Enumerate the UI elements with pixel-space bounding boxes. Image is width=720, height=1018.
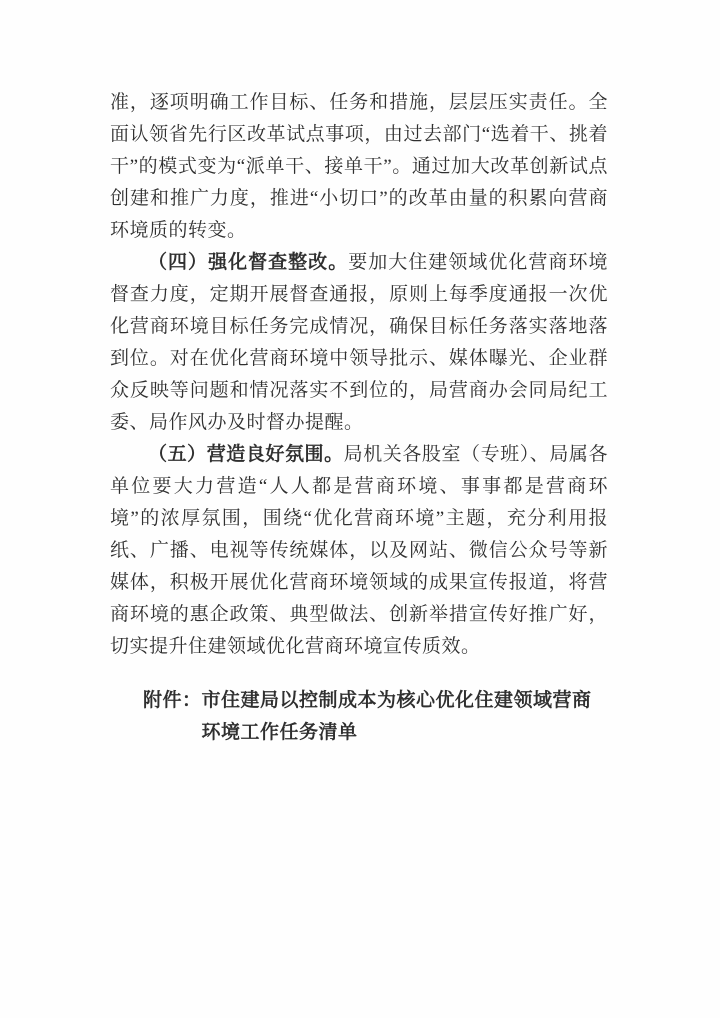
document-content: 准，逐项明确工作目标、任务和措施，层层压实责任。全面认领省先行区改革试点事项，由… [110,87,608,749]
attachment-text: 市住建局以控制成本为核心优化住建领域营商环境工作任务清单 [202,685,608,749]
paragraph-item-4: （四）强化督查整改。要加大住建领域优化营商环境督查力度，定期开展督查通报，原则上… [110,247,608,439]
paragraph-text: 准，逐项明确工作目标、任务和措施，层层压实责任。全面认领省先行区改革试点事项，由… [110,92,608,241]
paragraph-text: 要加大住建领域优化营商环境督查力度，定期开展督查通报，原则上每季度通报一次优化营… [110,252,608,433]
paragraph-lead-5: （五）营造良好氛围。 [148,444,344,465]
document-page: 准，逐项明确工作目标、任务和措施，层层压实责任。全面认领省先行区改革试点事项，由… [0,0,720,1018]
paragraph-text: 局机关各股室（专班）、局属各单位要大力营造“人人都是营商环境、事事都是营商环境”… [110,444,608,657]
attachment-label: 附件： [143,685,202,749]
attachment-note: 附件： 市住建局以控制成本为核心优化住建领域营商环境工作任务清单 [143,685,608,749]
paragraph-continuation: 准，逐项明确工作目标、任务和措施，层层压实责任。全面认领省先行区改革试点事项，由… [110,87,608,247]
paragraph-lead-4: （四）强化督查整改。 [148,252,348,273]
paragraph-item-5: （五）营造良好氛围。局机关各股室（专班）、局属各单位要大力营造“人人都是营商环境… [110,439,608,663]
